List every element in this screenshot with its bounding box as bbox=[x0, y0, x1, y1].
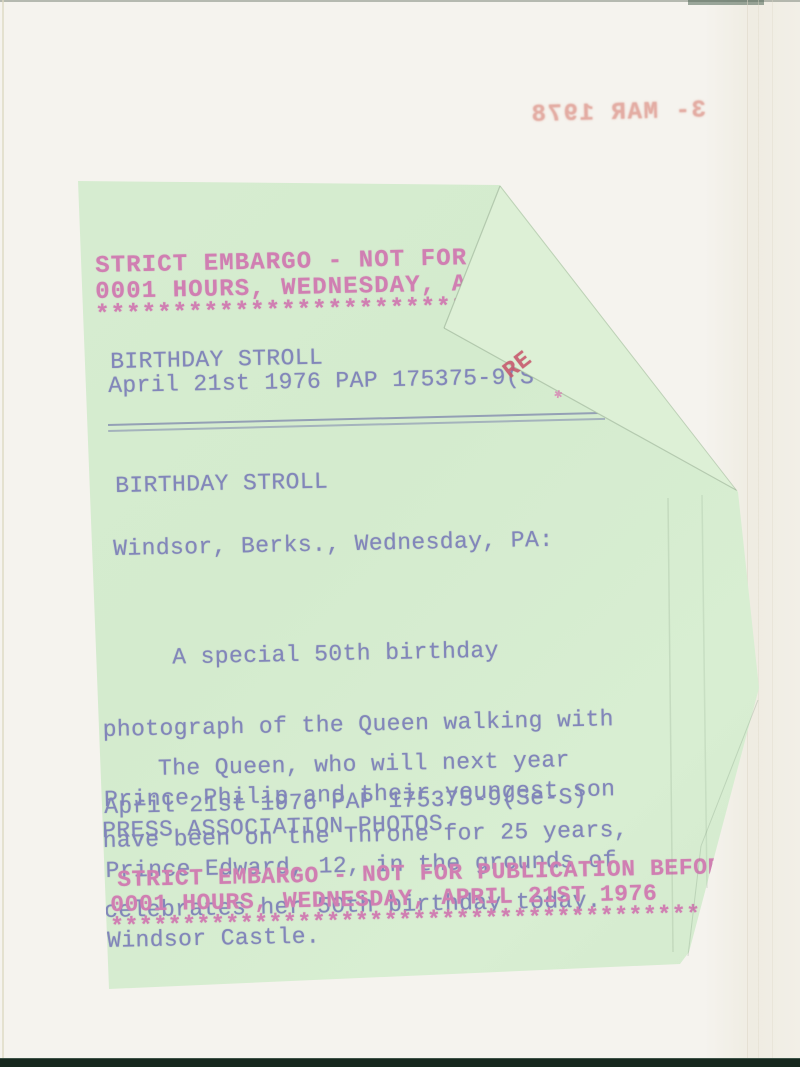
print-streak bbox=[758, 0, 759, 1067]
print-left-streak bbox=[2, 0, 4, 1067]
typed-divider-rule bbox=[108, 412, 605, 432]
caption-heading: BIRTHDAY STROLL bbox=[115, 471, 328, 499]
caption-line: A special 50th birthday bbox=[101, 637, 613, 671]
print-bottom-edge bbox=[0, 1058, 800, 1067]
mirrored-date-stamp: 3- MAR 1978 bbox=[516, 98, 707, 130]
print-streak bbox=[772, 0, 773, 1067]
print-streak bbox=[747, 0, 748, 1067]
print-top-edge bbox=[0, 0, 800, 2]
slug-reference: April 21st 1976 PAP 175375-9(S bbox=[108, 366, 534, 398]
caption-dateline: Windsor, Berks., Wednesday, PA: bbox=[113, 529, 554, 562]
print-top-right-edge bbox=[688, 0, 764, 5]
archive-photo-of-caption-sheet: 3- MAR 1978 STRICT EMBARGO - NOT FOR P 0… bbox=[0, 0, 800, 1067]
caption-sheet-paper: STRICT EMBARGO - NOT FOR P 0001 HOURS, W… bbox=[0, 0, 800, 1067]
caption-line: The Queen, who will next year bbox=[101, 748, 627, 782]
